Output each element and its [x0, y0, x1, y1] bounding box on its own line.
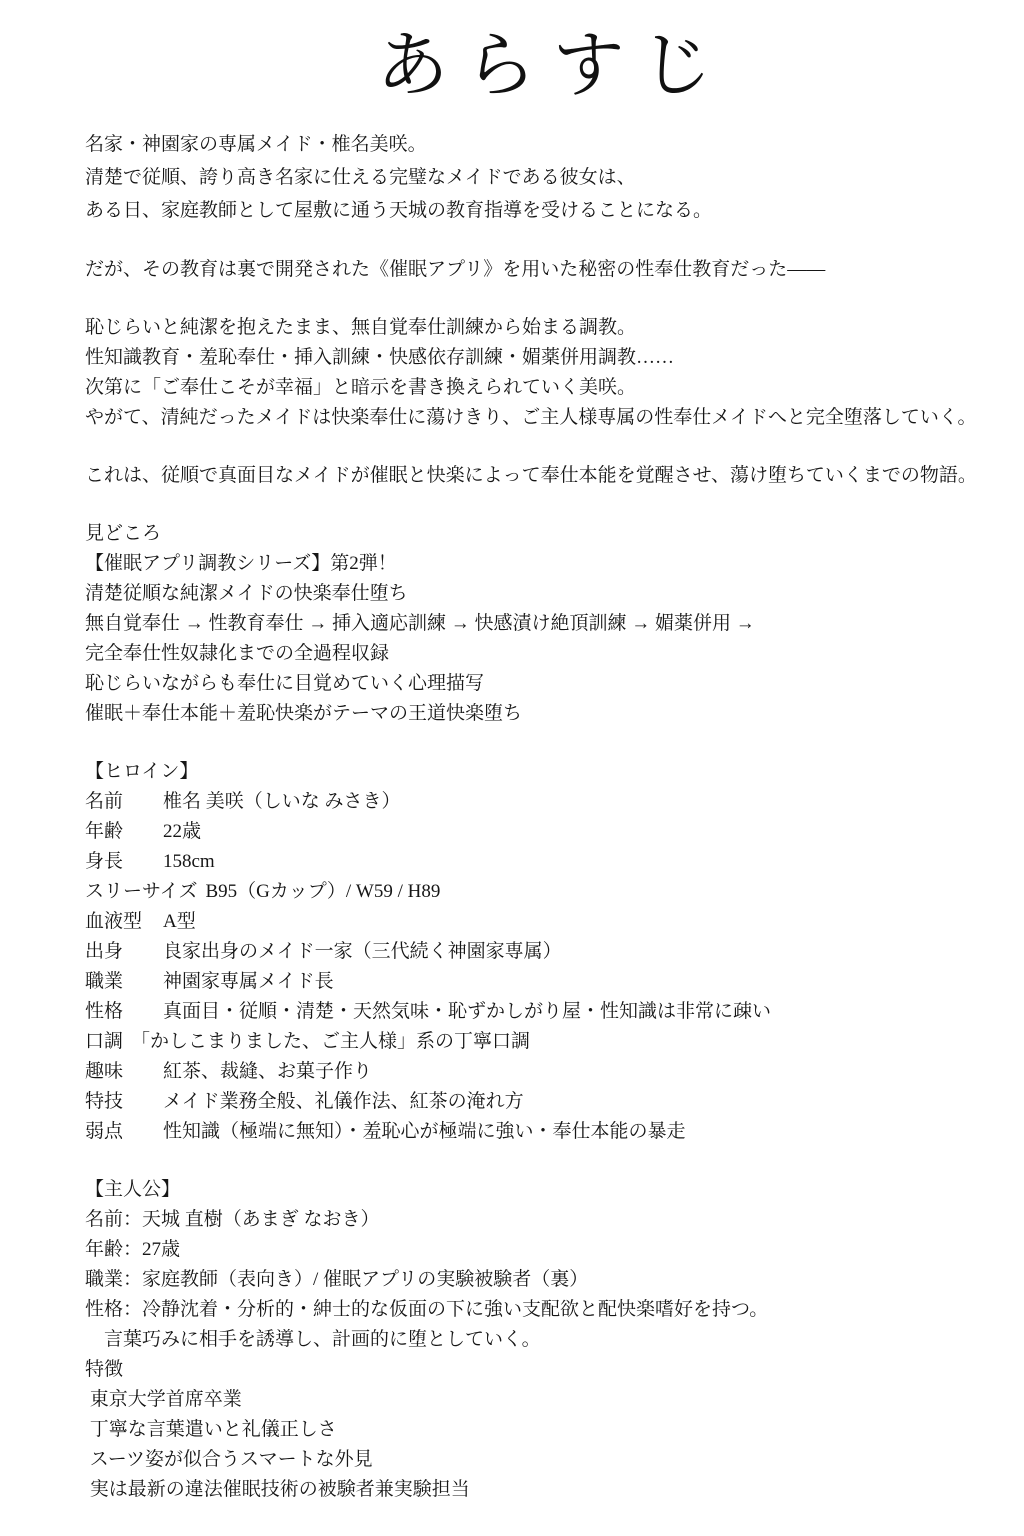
- field-value: 椎名 美咲（しいな みさき）: [163, 787, 401, 817]
- protagonist-line: 性格：冷静沈着・分析的・紳士的な仮面の下に強い支配欲と配快楽嗜好を持つ。: [85, 1295, 1004, 1325]
- field-label: 弱点: [85, 1117, 155, 1147]
- field-label: 職業: [85, 967, 155, 997]
- field-value: 158cm: [163, 847, 215, 877]
- field-label: 性格: [85, 997, 155, 1027]
- protagonist-line: 年齢：27歳: [85, 1235, 1004, 1265]
- field-label: スリーサイズ: [85, 877, 197, 907]
- page-title: あらすじ: [85, 20, 1004, 112]
- highlights-heading: 見どころ: [85, 519, 1004, 549]
- heroine-heading: 【ヒロイン】: [85, 757, 1004, 787]
- protagonist-line: 東京大学首席卒業: [85, 1385, 1004, 1415]
- field-value: 22歳: [163, 817, 201, 847]
- synopsis-paragraph-4: これは、従順で真面目なメイドが催眠と快楽によって奉仕本能を覚醒させ、蕩け堕ちてい…: [85, 461, 1004, 491]
- highlights-section: 見どころ 【催眠アプリ調教シリーズ】第2弾！ 清楚従順な純潔メイドの快楽奉仕堕ち…: [85, 519, 1004, 729]
- protagonist-line: スーツ姿が似合うスマートな外見: [85, 1445, 1004, 1475]
- heroine-row-speech: 口調「かしこまりました、ご主人様」系の丁寧口調: [85, 1027, 1004, 1057]
- protagonist-line: 言葉巧みに相手を誘導し、計画的に堕としていく。: [85, 1325, 1004, 1355]
- heroine-row-age: 年齢22歳: [85, 817, 1004, 847]
- synopsis-line: 次第に「ご奉仕こそが幸福」と暗示を書き換えられていく美咲。: [85, 373, 1004, 403]
- synopsis-line: 名家・神園家の専属メイド・椎名美咲。: [85, 128, 1004, 161]
- highlight-line: 【催眠アプリ調教シリーズ】第2弾！: [85, 549, 1004, 579]
- field-value: A型: [163, 907, 196, 937]
- protagonist-line: 丁寧な言葉遣いと礼儀正しさ: [85, 1415, 1004, 1445]
- field-label: 趣味: [85, 1057, 155, 1087]
- synopsis-line: 性知識教育・羞恥奉仕・挿入訓練・快感依存訓練・媚薬併用調教……: [85, 343, 1004, 373]
- heroine-row-height: 身長158cm: [85, 847, 1004, 877]
- field-label: 身長: [85, 847, 155, 877]
- field-value: 「かしこまりました、ご主人様」系の丁寧口調: [131, 1027, 530, 1057]
- field-label: 特技: [85, 1087, 155, 1117]
- synopsis-paragraph-3: 恥じらいと純潔を抱えたまま、無自覚奉仕訓練から始まる調教。 性知識教育・羞恥奉仕…: [85, 313, 1004, 433]
- heroine-row-skill: 特技メイド業務全般、礼儀作法、紅茶の淹れ方: [85, 1087, 1004, 1117]
- synopsis-line: だが、その教育は裏で開発された《催眠アプリ》を用いた秘密の性奉仕教育だった――: [85, 255, 1004, 285]
- synopsis-line: やがて、清純だったメイドは快楽奉仕に蕩けきり、ご主人様専属の性奉仕メイドへと完全…: [85, 403, 1004, 433]
- synopsis-line: 恥じらいと純潔を抱えたまま、無自覚奉仕訓練から始まる調教。: [85, 313, 1004, 343]
- synopsis-line: 清楚で従順、誇り高き名家に仕える完璧なメイドである彼女は、: [85, 161, 1004, 194]
- protagonist-line: 実は最新の違法催眠技術の被験者兼実験担当: [85, 1475, 1004, 1505]
- highlight-line: 無自覚奉仕 → 性教育奉仕 → 挿入適応訓練 → 快感漬け絶頂訓練 → 媚薬併用…: [85, 609, 1004, 639]
- heroine-row-personality: 性格真面目・従順・清楚・天然気味・恥ずかしがり屋・性知識は非常に疎い: [85, 997, 1004, 1027]
- highlight-line: 催眠＋奉仕本能＋羞恥快楽がテーマの王道快楽堕ち: [85, 699, 1004, 729]
- heroine-row-bloodtype: 血液型A型: [85, 907, 1004, 937]
- synopsis-page: あらすじ 名家・神園家の専属メイド・椎名美咲。 清楚で従順、誇り高き名家に仕える…: [0, 0, 1024, 1536]
- heroine-row-weakness: 弱点性知識（極端に無知）・羞恥心が極端に強い・奉仕本能の暴走: [85, 1117, 1004, 1147]
- field-value: 真面目・従順・清楚・天然気味・恥ずかしがり屋・性知識は非常に疎い: [163, 997, 771, 1027]
- protagonist-line: 職業：家庭教師（表向き）/ 催眠アプリの実験被験者（裏）: [85, 1265, 1004, 1295]
- field-value: メイド業務全般、礼儀作法、紅茶の淹れ方: [163, 1087, 524, 1117]
- heroine-section: 【ヒロイン】 名前椎名 美咲（しいな みさき） 年齢22歳 身長158cm スリ…: [85, 757, 1004, 1147]
- field-label: 名前: [85, 787, 155, 817]
- protagonist-line: 名前：天城 直樹（あまぎ なおき）: [85, 1205, 1004, 1235]
- heroine-row-origin: 出身良家出身のメイド一家（三代続く神園家専属）: [85, 937, 1004, 967]
- heroine-row-occupation: 職業神園家専属メイド長: [85, 967, 1004, 997]
- field-value: B95（Gカップ）/ W59 / H89: [205, 877, 440, 907]
- heroine-row-hobby: 趣味紅茶、裁縫、お菓子作り: [85, 1057, 1004, 1087]
- heroine-row-measurements: スリーサイズB95（Gカップ）/ W59 / H89: [85, 877, 1004, 907]
- highlight-line: 恥じらいながらも奉仕に目覚めていく心理描写: [85, 669, 1004, 699]
- synopsis-line: ある日、家庭教師として屋敷に通う天城の教育指導を受けることになる。: [85, 194, 1004, 227]
- synopsis-paragraph-2: だが、その教育は裏で開発された《催眠アプリ》を用いた秘密の性奉仕教育だった――: [85, 255, 1004, 285]
- highlight-line: 清楚従順な純潔メイドの快楽奉仕堕ち: [85, 579, 1004, 609]
- protagonist-heading: 【主人公】: [85, 1175, 1004, 1205]
- field-value: 紅茶、裁縫、お菓子作り: [163, 1057, 372, 1087]
- protagonist-section: 【主人公】 名前：天城 直樹（あまぎ なおき） 年齢：27歳 職業：家庭教師（表…: [85, 1175, 1004, 1505]
- field-value: 良家出身のメイド一家（三代続く神園家専属）: [163, 937, 562, 967]
- field-label: 口調: [85, 1027, 123, 1057]
- field-label: 出身: [85, 937, 155, 967]
- highlight-line: 完全奉仕性奴隷化までの全過程収録: [85, 639, 1004, 669]
- heroine-row-name: 名前椎名 美咲（しいな みさき）: [85, 787, 1004, 817]
- field-value: 神園家専属メイド長: [163, 967, 334, 997]
- protagonist-line: 特徴: [85, 1355, 1004, 1385]
- synopsis-paragraph-1: 名家・神園家の専属メイド・椎名美咲。 清楚で従順、誇り高き名家に仕える完璧なメイ…: [85, 128, 1004, 227]
- field-label: 血液型: [85, 907, 155, 937]
- field-label: 年齢: [85, 817, 155, 847]
- synopsis-line: これは、従順で真面目なメイドが催眠と快楽によって奉仕本能を覚醒させ、蕩け堕ちてい…: [85, 461, 1004, 491]
- field-value: 性知識（極端に無知）・羞恥心が極端に強い・奉仕本能の暴走: [163, 1117, 686, 1147]
